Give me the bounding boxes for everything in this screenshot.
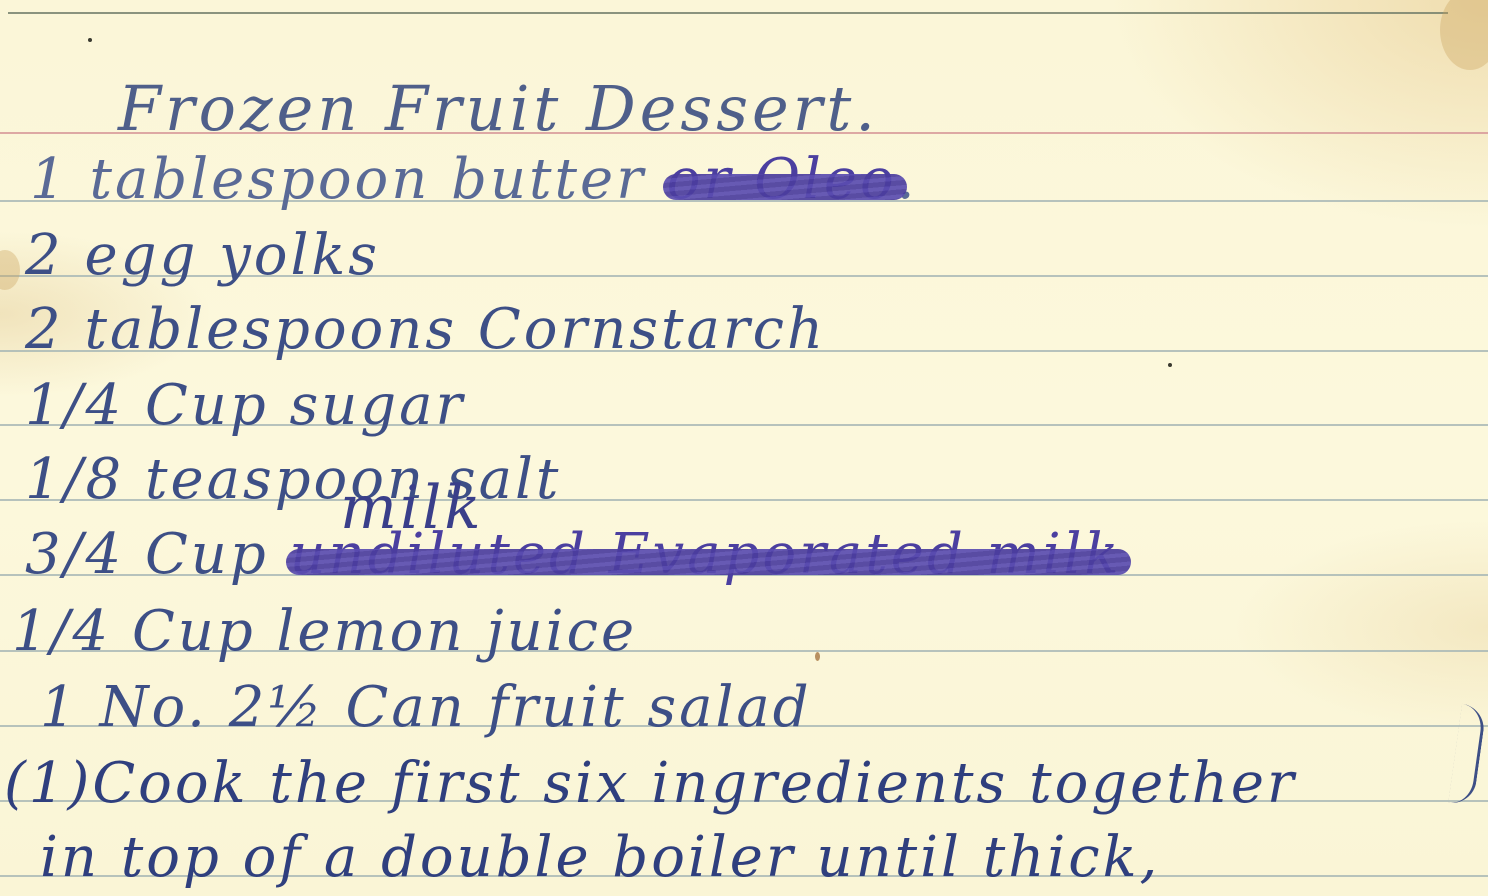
margin-bracket-mark bbox=[1448, 704, 1487, 807]
speck bbox=[1168, 363, 1172, 367]
ingredient-line: 1/4 Cup lemon juice bbox=[12, 604, 637, 660]
ingredient-amount: 1 bbox=[40, 675, 79, 740]
card-top-edge bbox=[8, 12, 1448, 14]
ingredient-text: Cup sugar bbox=[145, 373, 465, 438]
recipe-title: Frozen Fruit Dessert. bbox=[118, 78, 879, 140]
speck bbox=[88, 38, 92, 42]
instruction-line: (1)Cook the first six ingredients togeth… bbox=[4, 756, 1297, 812]
instruction-text: in top of a double boiler until thick, bbox=[40, 825, 1160, 890]
ingredient-text: tablespoons Cornstarch bbox=[84, 297, 826, 362]
ingredient-text: Cup bbox=[145, 522, 269, 587]
ingredient-amount: 1/4 bbox=[25, 373, 124, 438]
ingredient-line: 2 tablespoons Cornstarch bbox=[25, 302, 826, 358]
ingredient-line: 1 No. 2½ Can fruit salad bbox=[40, 680, 812, 736]
inserted-correction: milk bbox=[340, 478, 484, 538]
ingredient-text: Cup lemon juice bbox=[132, 599, 637, 664]
ingredient-text: No. 2½ Can fruit salad bbox=[99, 675, 811, 740]
ingredient-amount: 1/8 bbox=[25, 447, 124, 512]
instruction-line: in top of a double boiler until thick, bbox=[40, 830, 1160, 886]
recipe-card: Frozen Fruit Dessert. 1 tablespoon butte… bbox=[0, 0, 1488, 896]
ingredient-line: 1/4 Cup sugar bbox=[25, 378, 465, 434]
ingredient-text: egg yolks bbox=[84, 223, 380, 288]
ingredient-text: tablespoon butter bbox=[89, 147, 646, 212]
ingredient-amount: 2 bbox=[25, 297, 64, 362]
ingredient-amount: 1 bbox=[30, 147, 69, 212]
ingredient-amount: 3/4 bbox=[25, 522, 124, 587]
ingredient-line: 3/4 Cup undiluted Evaporated milk bbox=[25, 527, 1121, 583]
ingredient-amount: 2 bbox=[25, 223, 64, 288]
stain bbox=[1440, 0, 1488, 70]
ingredient-line: 2 egg yolks bbox=[25, 228, 380, 284]
struck-text: or Oleo bbox=[667, 152, 897, 208]
speck bbox=[815, 652, 820, 661]
stain bbox=[0, 250, 20, 290]
instruction-step-number: (1) bbox=[4, 751, 92, 816]
ingredient-amount: 1/4 bbox=[12, 599, 111, 664]
ingredient-line: 1 tablespoon butter or Oleo. bbox=[30, 152, 918, 208]
instruction-text: Cook the first six ingredients together bbox=[92, 751, 1296, 816]
